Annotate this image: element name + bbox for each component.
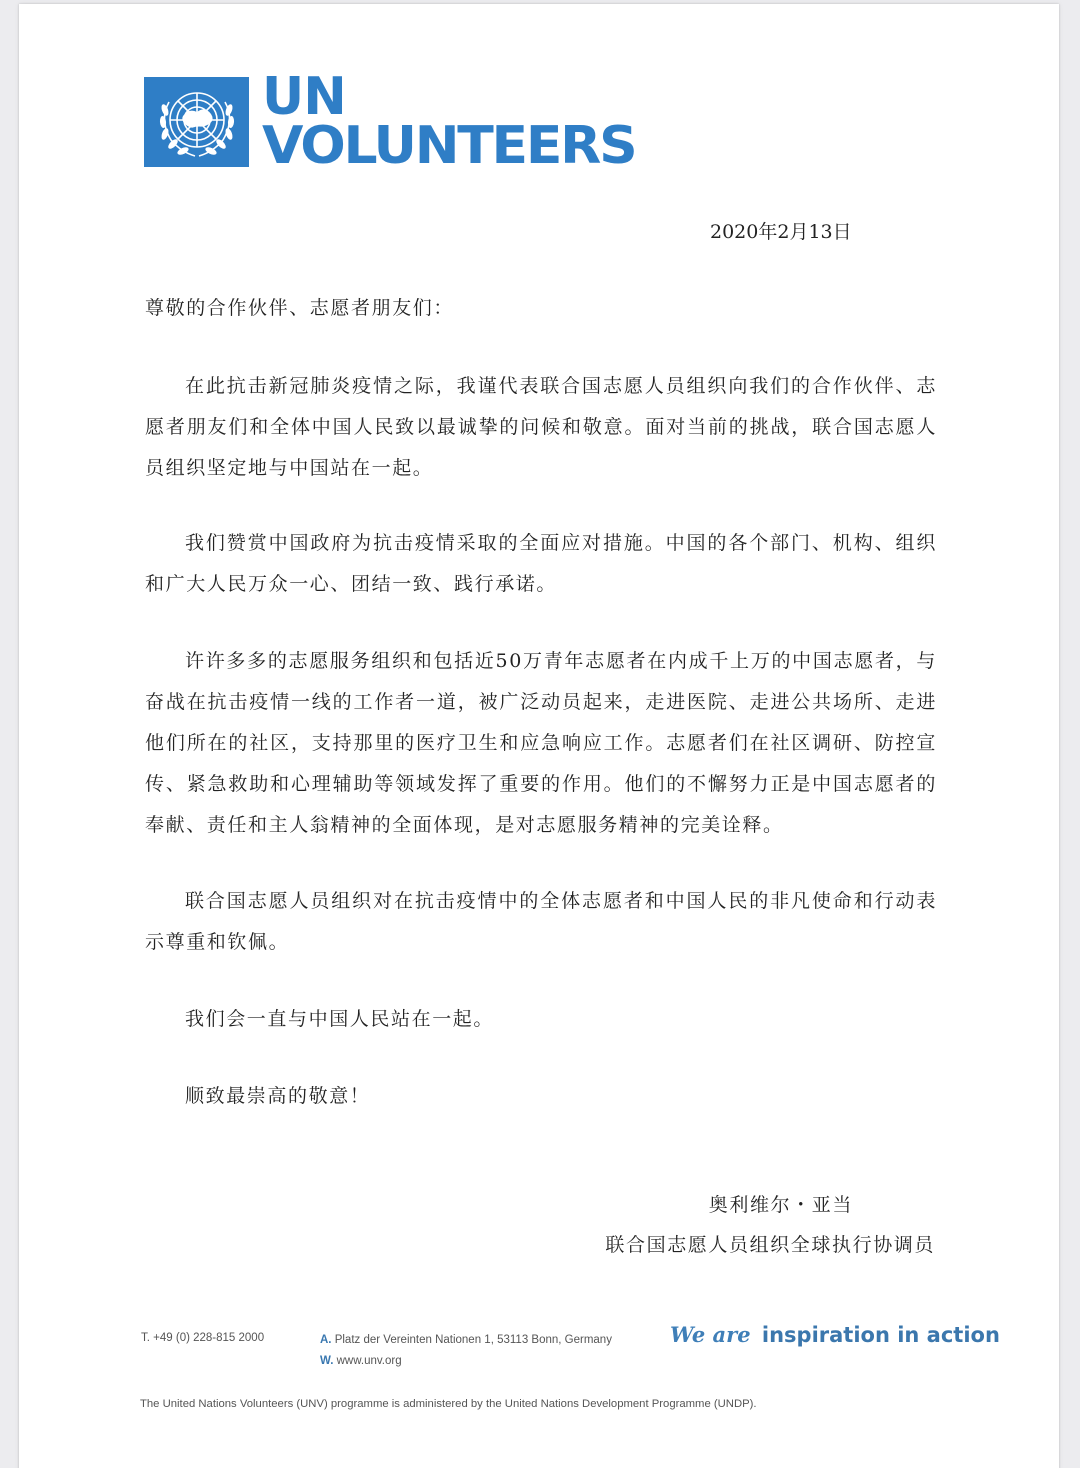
- logo-text-un: UN: [262, 73, 625, 122]
- salutation: 尊敬的合作伙伴、志愿者朋友们：: [145, 288, 937, 329]
- paragraph-1: 在此抗击新冠肺炎疫情之际，我谨代表联合国志愿人员组织向我们的合作伙伴、志愿者朋友…: [145, 366, 937, 489]
- unv-logo: UN VOLUNTEERS: [144, 74, 625, 170]
- signature-title: 联合国志愿人员组织全球执行协调员: [605, 1230, 935, 1257]
- footer-web: W. www.unv.org: [320, 1351, 612, 1372]
- address-text: Platz der Vereinten Nationen 1, 53113 Bo…: [335, 1334, 612, 1346]
- closing-line: 顺致最崇高的敬意！: [145, 1076, 937, 1117]
- footer-address: A. Platz der Vereinten Nationen 1, 53113…: [320, 1330, 612, 1351]
- footer-disclaimer: The United Nations Volunteers (UNV) prog…: [140, 1398, 757, 1410]
- tagline-script: We are: [670, 1322, 751, 1347]
- phone-number: +49 (0) 228-815 2000: [153, 1332, 264, 1344]
- logo-text-volunteers: VOLUNTEERS: [262, 122, 635, 171]
- web-label: W.: [320, 1355, 333, 1367]
- web-link[interactable]: www.unv.org: [337, 1355, 402, 1367]
- paragraph-2: 我们赞赏中国政府为抗击疫情采取的全面应对措施。中国的各个部门、机构、组织和广大人…: [145, 523, 937, 605]
- footer-phone: T. +49 (0) 228-815 2000: [141, 1332, 264, 1344]
- tagline: We are inspiration in action: [670, 1322, 1000, 1347]
- address-label: A.: [320, 1334, 332, 1346]
- letter-page: UN VOLUNTEERS 2020年2月13日 尊敬的合作伙伴、志愿者朋友们：…: [19, 4, 1059, 1468]
- phone-label: T.: [141, 1332, 150, 1344]
- tagline-text: inspiration in action: [762, 1323, 1000, 1347]
- paragraph-5: 我们会一直与中国人民站在一起。: [145, 999, 937, 1040]
- unv-wordmark: UN VOLUNTEERS: [262, 73, 625, 171]
- un-emblem-icon: [144, 77, 249, 167]
- signature-name: 奥利维尔・亚当: [709, 1190, 853, 1217]
- letter-date: 2020年2月13日: [710, 217, 852, 244]
- paragraph-3: 许许多多的志愿服务组织和包括近50万青年志愿者在内成千上万的中国志愿者，与奋战在…: [145, 641, 937, 846]
- paragraph-4: 联合国志愿人员组织对在抗击疫情中的全体志愿者和中国人民的非凡使命和行动表示尊重和…: [145, 881, 937, 963]
- footer-address-block: A. Platz der Vereinten Nationen 1, 53113…: [320, 1330, 612, 1372]
